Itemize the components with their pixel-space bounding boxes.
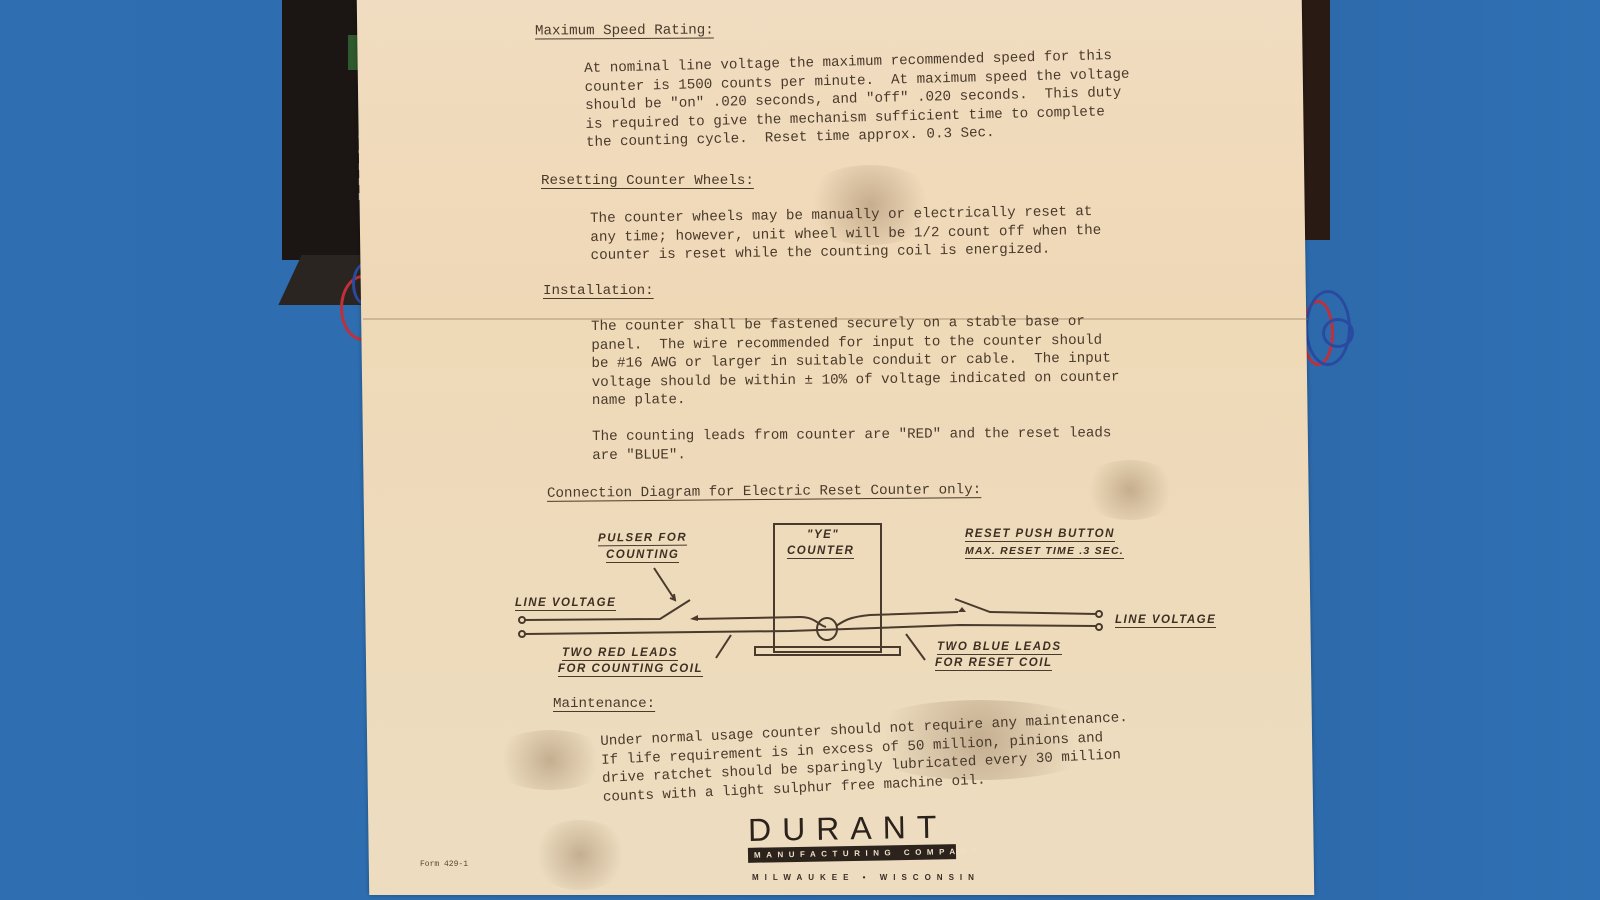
counter-box: [774, 524, 881, 652]
diagram-label-reset-button: RESET PUSH BUTTON: [965, 528, 1115, 542]
diagram-label-reset-time: MAX. RESET TIME .3 SEC.: [965, 545, 1124, 559]
diagram-label-blue-leads: FOR RESET COIL: [935, 657, 1052, 671]
logo-company-name: DURANT: [748, 810, 980, 846]
diagram-label-blue-leads: TWO BLUE LEADS: [937, 641, 1062, 655]
diagram-label-counter: COUNTER: [787, 545, 854, 559]
diagram-label-pulser: PULSER FOR: [598, 532, 687, 547]
section-heading-maintenance: Maintenance:: [553, 696, 655, 712]
diagram-label-line-voltage-right: LINE VOLTAGE: [1115, 614, 1216, 628]
diagram-label-red-leads: FOR COUNTING COIL: [558, 663, 703, 677]
diagram-label-red-leads: TWO RED LEADS: [562, 647, 678, 661]
diagram-label-line-voltage-left: LINE VOLTAGE: [515, 597, 616, 611]
logo-tagline: MANUFACTURING COMPANY: [748, 844, 956, 863]
diagram-label-pulser: COUNTING: [606, 549, 679, 563]
diagram-label-counter: "YE": [807, 529, 839, 542]
form-number: Form 429-1: [420, 860, 468, 869]
durant-logo: DURANT MANUFACTURING COMPANY MILWAUKEE •…: [748, 812, 980, 882]
logo-location: MILWAUKEE • WISCONSIN: [752, 873, 980, 882]
